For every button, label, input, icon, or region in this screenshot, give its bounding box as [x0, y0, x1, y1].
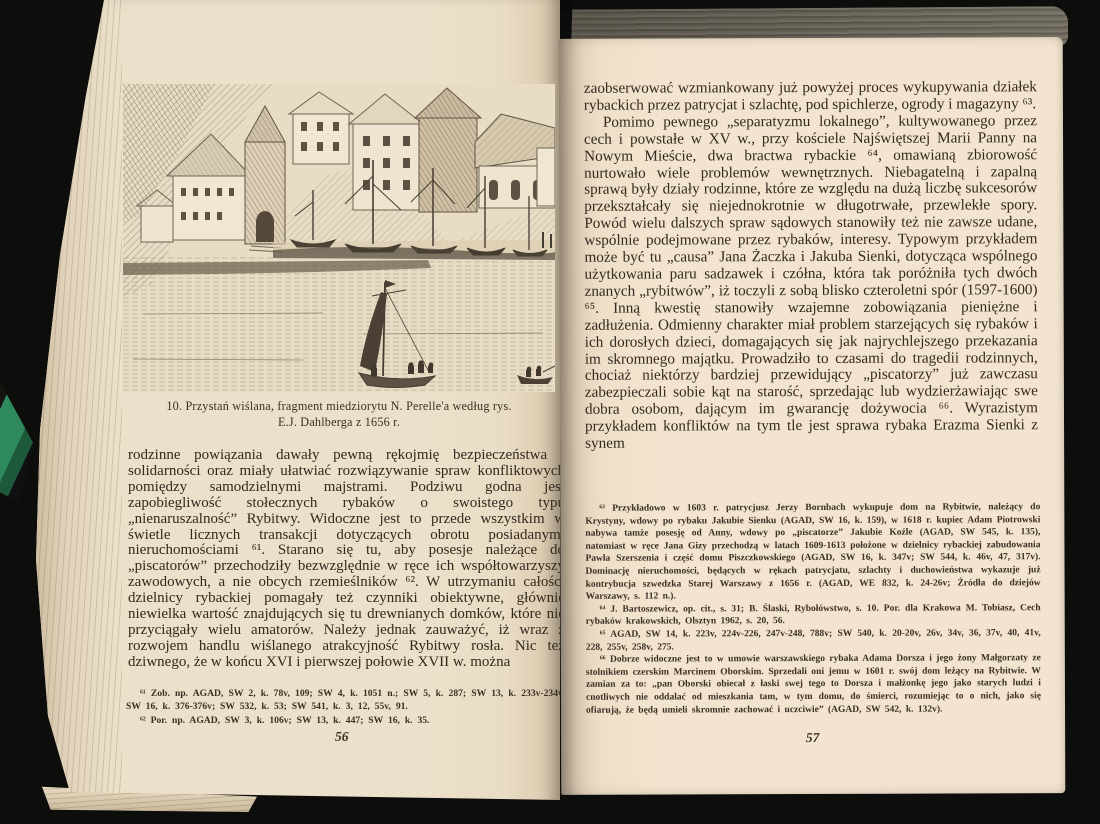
figure-caption: 10. Przystań wiślana, fragment miedziory…	[121, 399, 557, 430]
river-water	[123, 256, 555, 392]
footnote-63: ⁶³ Przykładowo w 1603 r. patrycjusz Jerz…	[585, 501, 1040, 603]
right-page-number: 57	[586, 729, 1039, 747]
engraving-figure	[123, 84, 555, 392]
footnote-62: ⁶² Por. np. AGAD, SW 3, k. 106v; SW 13, …	[126, 714, 566, 727]
figure-caption-line1: 10. Przystań wiślana, fragment miedziory…	[121, 399, 557, 415]
book-cover-edge	[0, 382, 34, 502]
left-page-number: 56	[335, 729, 349, 745]
right-paragraph-1: zaobserwować wzmiankowany już powyżej pr…	[584, 79, 1037, 114]
engraving-harbour-scene	[123, 84, 555, 392]
book-photo: 10. Przystań wiślana, fragment miedziory…	[0, 0, 1100, 824]
footnote-64: ⁶⁴ J. Bartoszewicz, op. cit., s. 31; B. …	[586, 602, 1041, 629]
footnote-61: ⁶¹ Zob. np. AGAD, SW 2, k. 78v, 109; SW …	[126, 687, 566, 714]
right-page: zaobserwować wzmiankowany już powyżej pr…	[559, 37, 1066, 795]
left-fore-edge	[30, 0, 122, 806]
footnote-66: ⁶⁶ Dobrze widoczne jest to w umowie wars…	[586, 652, 1041, 717]
left-body-text: rodzinne powiązania dawały pewną rękojmi…	[128, 448, 565, 671]
right-body-text: zaobserwować wzmiankowany już powyżej pr…	[584, 79, 1038, 453]
right-footnotes: ⁶³ Przykładowo w 1603 r. patrycjusz Jerz…	[585, 501, 1041, 717]
right-paragraph-2: Pomimo pewnego „separatyzmu lokalnego”, …	[584, 113, 1038, 453]
left-page: 10. Przystań wiślana, fragment miedziory…	[30, 0, 560, 806]
figure-caption-line2: E.J. Dahlberga z 1656 r.	[121, 415, 557, 431]
footnote-65: ⁶⁵ AGAD, SW 14, k. 223v, 224v-226, 247v-…	[586, 627, 1041, 654]
left-footnotes: ⁶¹ Zob. np. AGAD, SW 2, k. 78v, 109; SW …	[126, 687, 566, 727]
